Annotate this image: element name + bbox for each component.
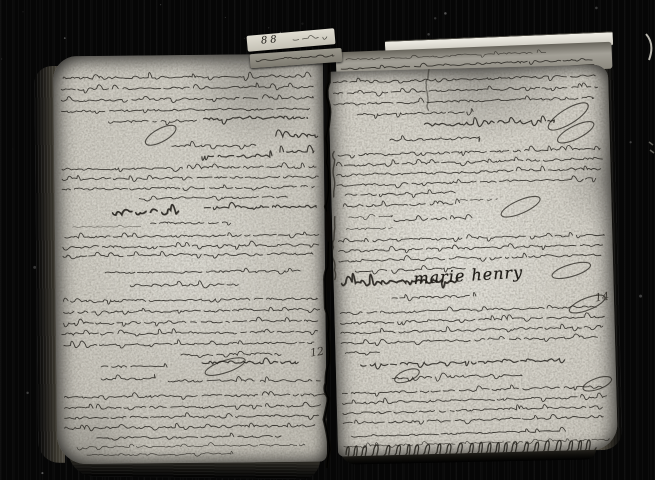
- binding-gutter-crack: [313, 48, 347, 468]
- left-page-handwriting: [53, 54, 327, 465]
- right-page: marie henry 14: [328, 64, 618, 456]
- right-page-handwriting: [328, 64, 618, 456]
- left-page: 12: [53, 54, 327, 465]
- margin-numeral-right: 14: [594, 290, 610, 305]
- tab-number-label: 88: [261, 34, 281, 47]
- microfilm-scan-frame: 12 marie henry 14 88: [0, 0, 655, 480]
